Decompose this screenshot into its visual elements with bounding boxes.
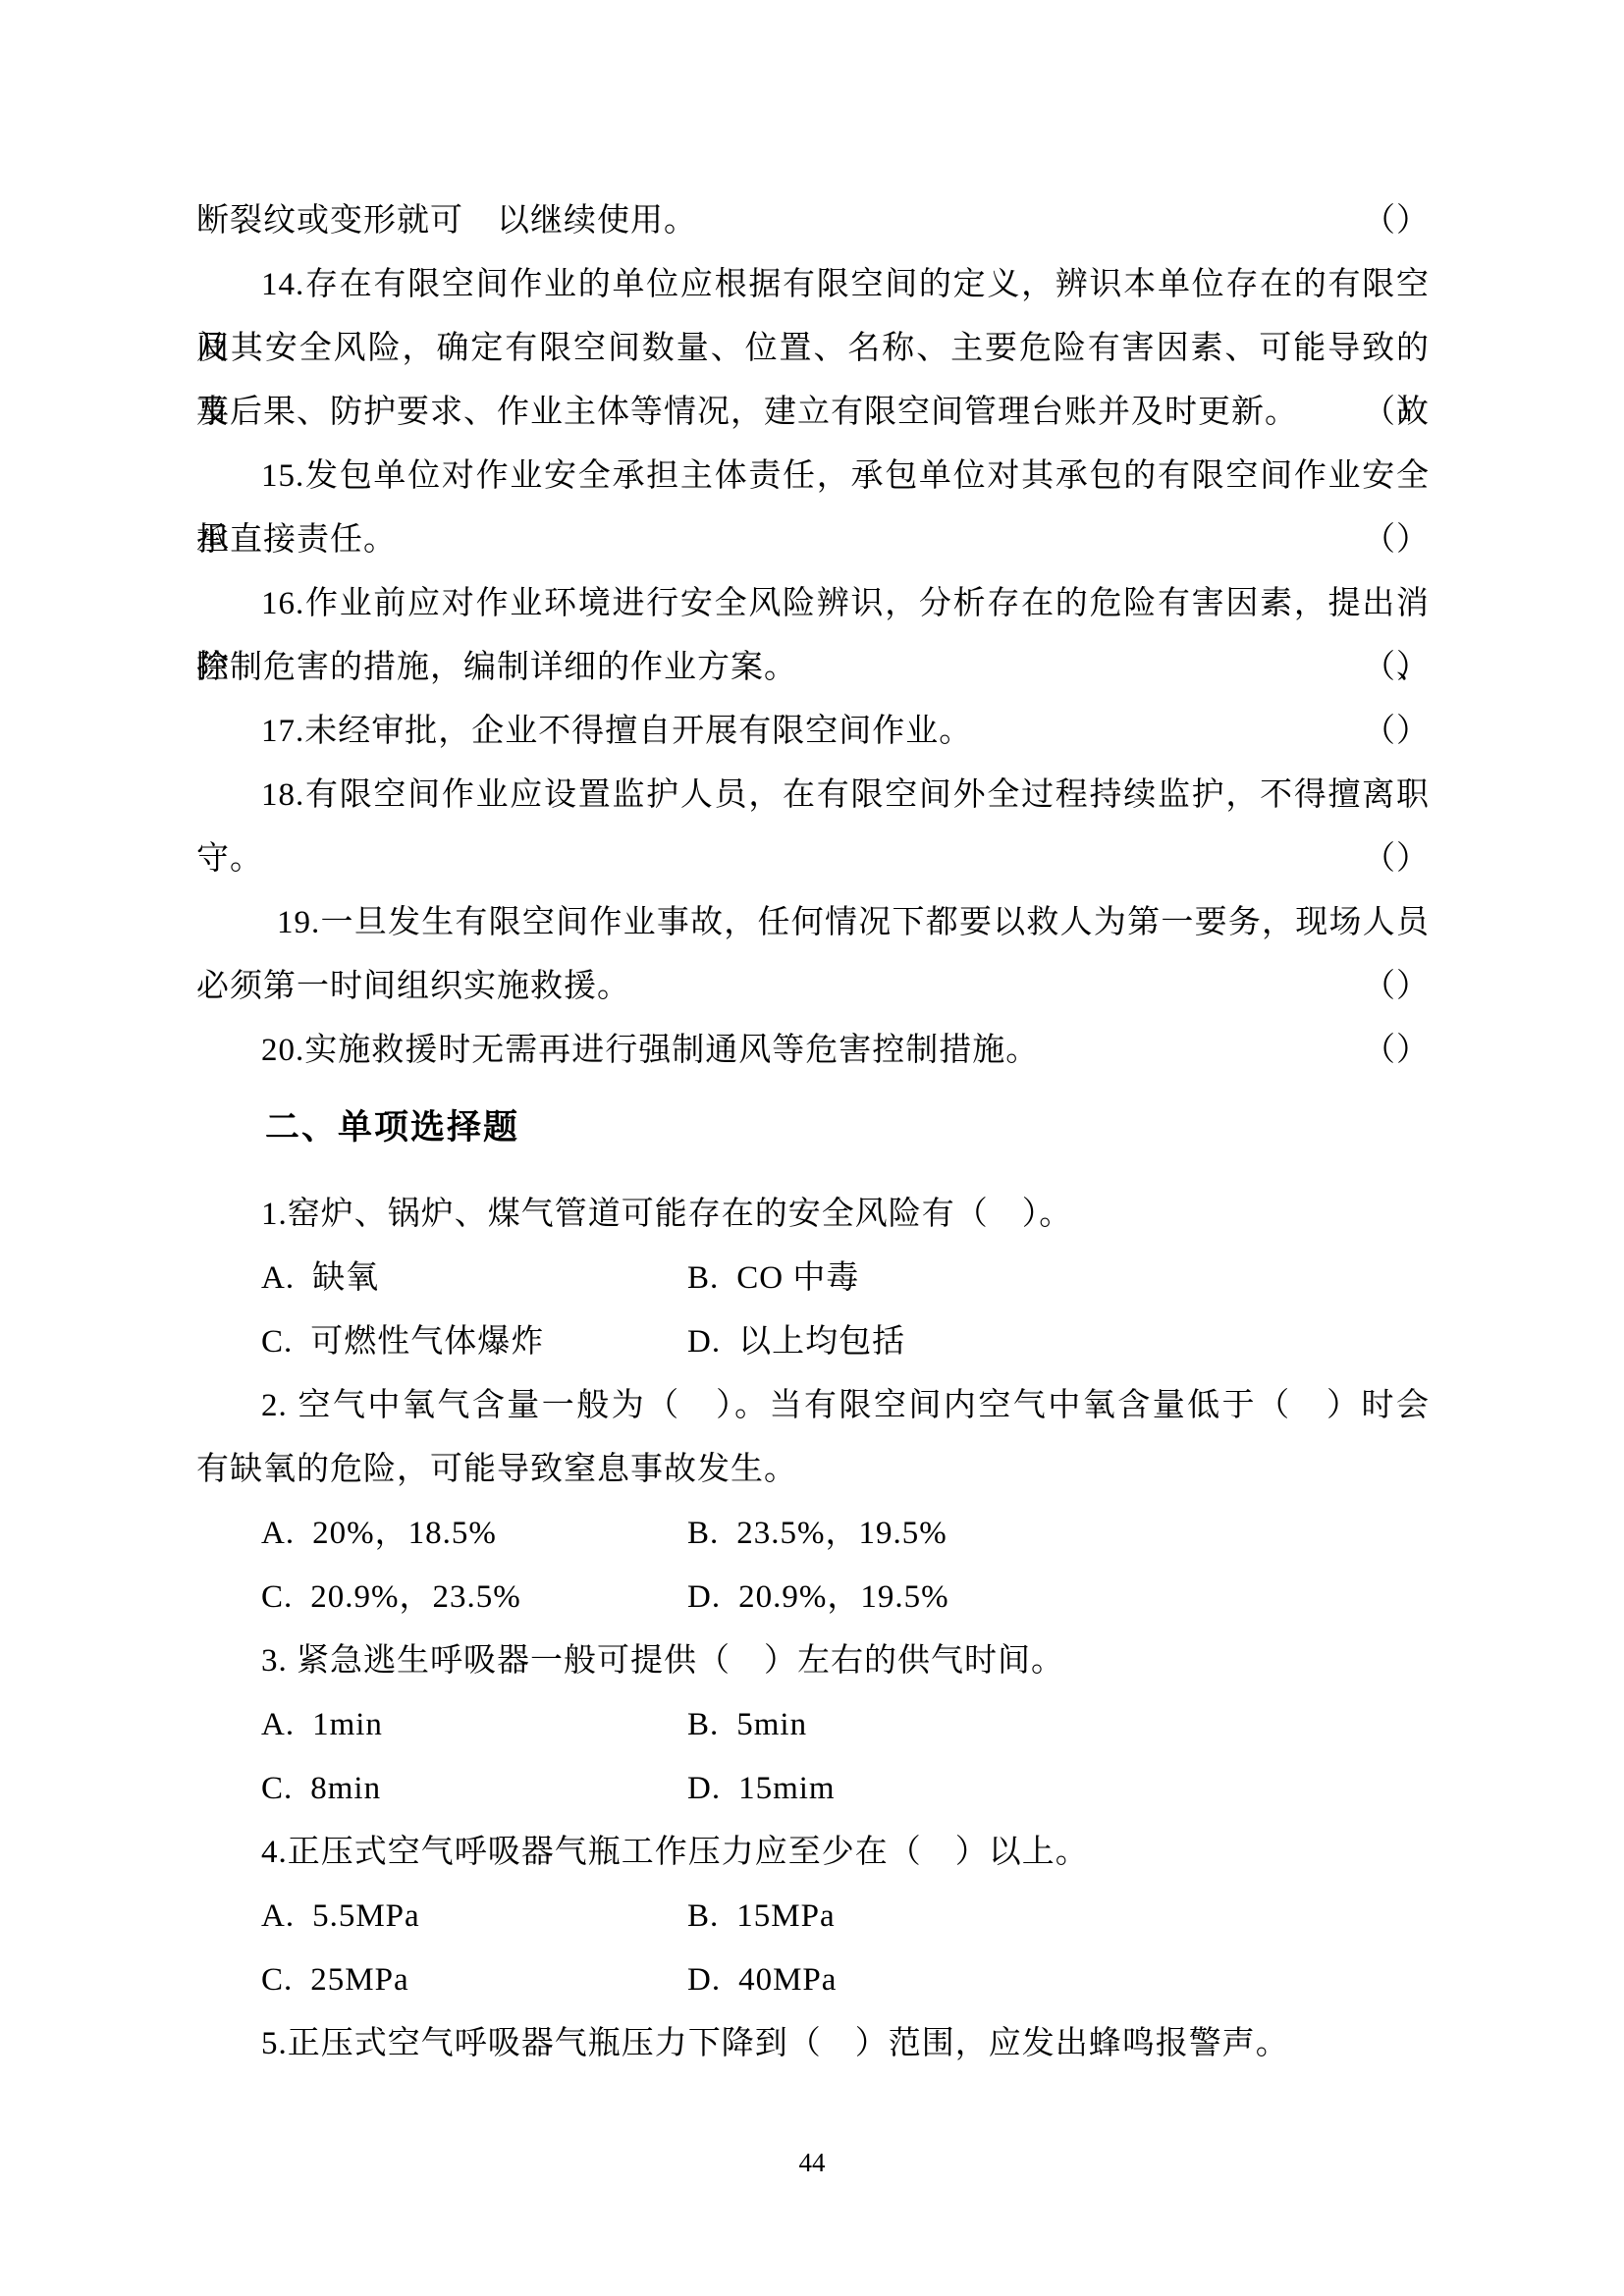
option-c: C.25MPa — [261, 1949, 409, 2012]
answer-blank: （） — [1363, 189, 1430, 253]
option-label: D. — [687, 1324, 721, 1360]
page-number: 44 — [0, 2143, 1624, 2182]
tf-statement-line: 18.有限空间作业应设置监护人员，在有限空间外全过程持续监护，不得擅离职 — [196, 764, 1430, 828]
option-text: 20%，18.5% — [312, 1516, 497, 1551]
option-text: 以上均包括 — [738, 1324, 905, 1360]
tf-statement-line: 及其安全风险，确定有限空间数量、位置、名称、主要危险有害因素、可能导致的事故 — [196, 317, 1430, 381]
option-row: C.20.9%，23.5% D.20.9%，19.5% — [196, 1566, 1430, 1629]
option-b: B.5min — [687, 1693, 807, 1757]
option-b: B.15MPa — [687, 1885, 836, 1949]
question-stem: 3. 紧急逃生呼吸器一般可提供（ ）左右的供气时间。 — [196, 1629, 1430, 1693]
option-text: 20.9%，23.5% — [310, 1579, 520, 1615]
option-row: C.8min D.15mim — [196, 1757, 1430, 1821]
tf-statement-line: 16.作业前应对作业环境进行安全风险辨识，分析存在的危险有害因素，提出消除、 — [196, 572, 1430, 636]
question-stem: 1.窑炉、锅炉、煤气管道可能存在的安全风险有（ ）。 — [196, 1183, 1430, 1247]
option-label: B. — [687, 1898, 719, 1934]
option-text: 25MPa — [310, 1962, 408, 1998]
option-label: D. — [687, 1962, 721, 1998]
mcq-section-heading: 二、单项选择题 — [196, 1083, 1430, 1183]
option-c: C.8min — [261, 1757, 381, 1821]
option-text: 15MPa — [736, 1898, 835, 1934]
tf-statement-text: 守。 — [196, 828, 263, 891]
option-row: C.25MPa D.40MPa — [196, 1949, 1430, 2012]
option-a: A.缺氧 — [261, 1247, 379, 1310]
tf-statement-line: 19.一旦发生有限空间作业事故，任何情况下都要以救人为第一要务，现场人员 — [196, 891, 1430, 955]
tf-statement-line: 控制危害的措施，编制详细的作业方案。 （） — [196, 636, 1430, 700]
option-a: A.20%，18.5% — [261, 1502, 497, 1566]
option-label: C. — [261, 1962, 293, 1998]
tf-statement-text: 必须第一时间组织实施救援。 — [196, 955, 630, 1019]
option-label: B. — [687, 1260, 719, 1296]
option-label: B. — [687, 1516, 719, 1551]
tf-statement-line: 20.实施救援时无需再进行强制通风等危害控制措施。 （） — [196, 1019, 1430, 1083]
option-label: A. — [261, 1898, 295, 1934]
tf-statement-line: 及后果、防护要求、作业主体等情况，建立有限空间管理台账并及时更新。 （） — [196, 381, 1430, 445]
tf-statement-text: 17.未经审批，企业不得擅自开展有限空间作业。 — [196, 700, 972, 764]
option-b: B.23.5%，19.5% — [687, 1502, 947, 1566]
question-stem-continuation: 有缺氧的危险，可能导致窒息事故发生。 — [196, 1438, 1430, 1502]
option-row: A.1min B.5min — [196, 1693, 1430, 1757]
option-label: D. — [687, 1771, 721, 1806]
option-d: D.40MPa — [687, 1949, 837, 2012]
tf-statement-text: 20.实施救援时无需再进行强制通风等危害控制措施。 — [196, 1019, 1039, 1083]
tf-statement-text: 及后果、防护要求、作业主体等情况，建立有限空间管理台账并及时更新。 — [196, 381, 1298, 445]
option-text: 缺氧 — [312, 1260, 379, 1296]
option-label: A. — [261, 1260, 295, 1296]
option-text: 40MPa — [738, 1962, 837, 1998]
option-d: D.15mim — [687, 1757, 836, 1821]
tf-statement-line: 15.发包单位对作业安全承担主体责任，承包单位对其承包的有限空间作业安全承 — [196, 445, 1430, 508]
question-stem: 4.正压式空气呼吸器气瓶工作压力应至少在（ ）以上。 — [196, 1821, 1430, 1885]
tf-statement-line: 守。 （） — [196, 828, 1430, 891]
option-c: C.可燃性气体爆炸 — [261, 1310, 544, 1374]
option-b: B.CO 中毒 — [687, 1247, 859, 1310]
option-a: A.1min — [261, 1693, 383, 1757]
option-row: C.可燃性气体爆炸 D.以上均包括 — [196, 1310, 1430, 1374]
tf-statement-line: 必须第一时间组织实施救援。 （） — [196, 955, 1430, 1019]
option-row: A.5.5MPa B.15MPa — [196, 1885, 1430, 1949]
tf-statement-line: 担直接责任。 （） — [196, 508, 1430, 572]
option-text: 1min — [312, 1707, 383, 1742]
exam-page: { "page": { "number": "44" }, "tf_sectio… — [0, 0, 1624, 2296]
answer-blank: （） — [1363, 955, 1430, 1019]
option-text: 8min — [310, 1771, 381, 1806]
option-text: 5min — [736, 1707, 807, 1742]
tf-statement-line: 断裂纹或变形就可 以继续使用。 （） — [196, 189, 1430, 253]
answer-blank: （） — [1363, 636, 1430, 700]
option-label: C. — [261, 1579, 293, 1615]
option-d: D.以上均包括 — [687, 1310, 905, 1374]
option-d: D.20.9%，19.5% — [687, 1566, 949, 1629]
tf-statement-line: 17.未经审批，企业不得擅自开展有限空间作业。 （） — [196, 700, 1430, 764]
option-label: A. — [261, 1516, 295, 1551]
option-text: 15mim — [738, 1771, 836, 1806]
option-row: A.20%，18.5% B.23.5%，19.5% — [196, 1502, 1430, 1566]
option-a: A.5.5MPa — [261, 1885, 420, 1949]
option-text: 20.9%，19.5% — [738, 1579, 948, 1615]
option-text: 可燃性气体爆炸 — [310, 1324, 544, 1360]
answer-blank: （） — [1363, 508, 1430, 572]
option-label: C. — [261, 1771, 293, 1806]
tf-statement-line: 14.存在有限空间作业的单位应根据有限空间的定义，辨识本单位存在的有限空间 — [196, 253, 1430, 317]
option-label: C. — [261, 1324, 293, 1360]
option-label: A. — [261, 1707, 295, 1742]
question-stem: 2. 空气中氧气含量一般为（ ）。当有限空间内空气中氧含量低于（ ）时会 — [196, 1374, 1430, 1438]
option-text: 5.5MPa — [312, 1898, 420, 1934]
option-label: D. — [687, 1579, 721, 1615]
option-text: 23.5%，19.5% — [736, 1516, 947, 1551]
option-label: B. — [687, 1707, 719, 1742]
tf-statement-text: 断裂纹或变形就可 以继续使用。 — [196, 189, 697, 253]
answer-blank: （） — [1363, 381, 1430, 445]
option-c: C.20.9%，23.5% — [261, 1566, 521, 1629]
option-row: A.缺氧 B.CO 中毒 — [196, 1247, 1430, 1310]
tf-statement-text: 担直接责任。 — [196, 508, 397, 572]
answer-blank: （） — [1363, 828, 1430, 891]
answer-blank: （） — [1363, 1019, 1430, 1083]
page-content: 断裂纹或变形就可 以继续使用。 （） 14.存在有限空间作业的单位应根据有限空间… — [196, 189, 1430, 2076]
answer-blank: （） — [1363, 700, 1430, 764]
option-text: CO 中毒 — [736, 1260, 859, 1296]
tf-statement-text: 控制危害的措施，编制详细的作业方案。 — [196, 636, 797, 700]
question-stem: 5.正压式空气呼吸器气瓶压力下降到（ ）范围，应发出蜂鸣报警声。 — [196, 2012, 1430, 2076]
